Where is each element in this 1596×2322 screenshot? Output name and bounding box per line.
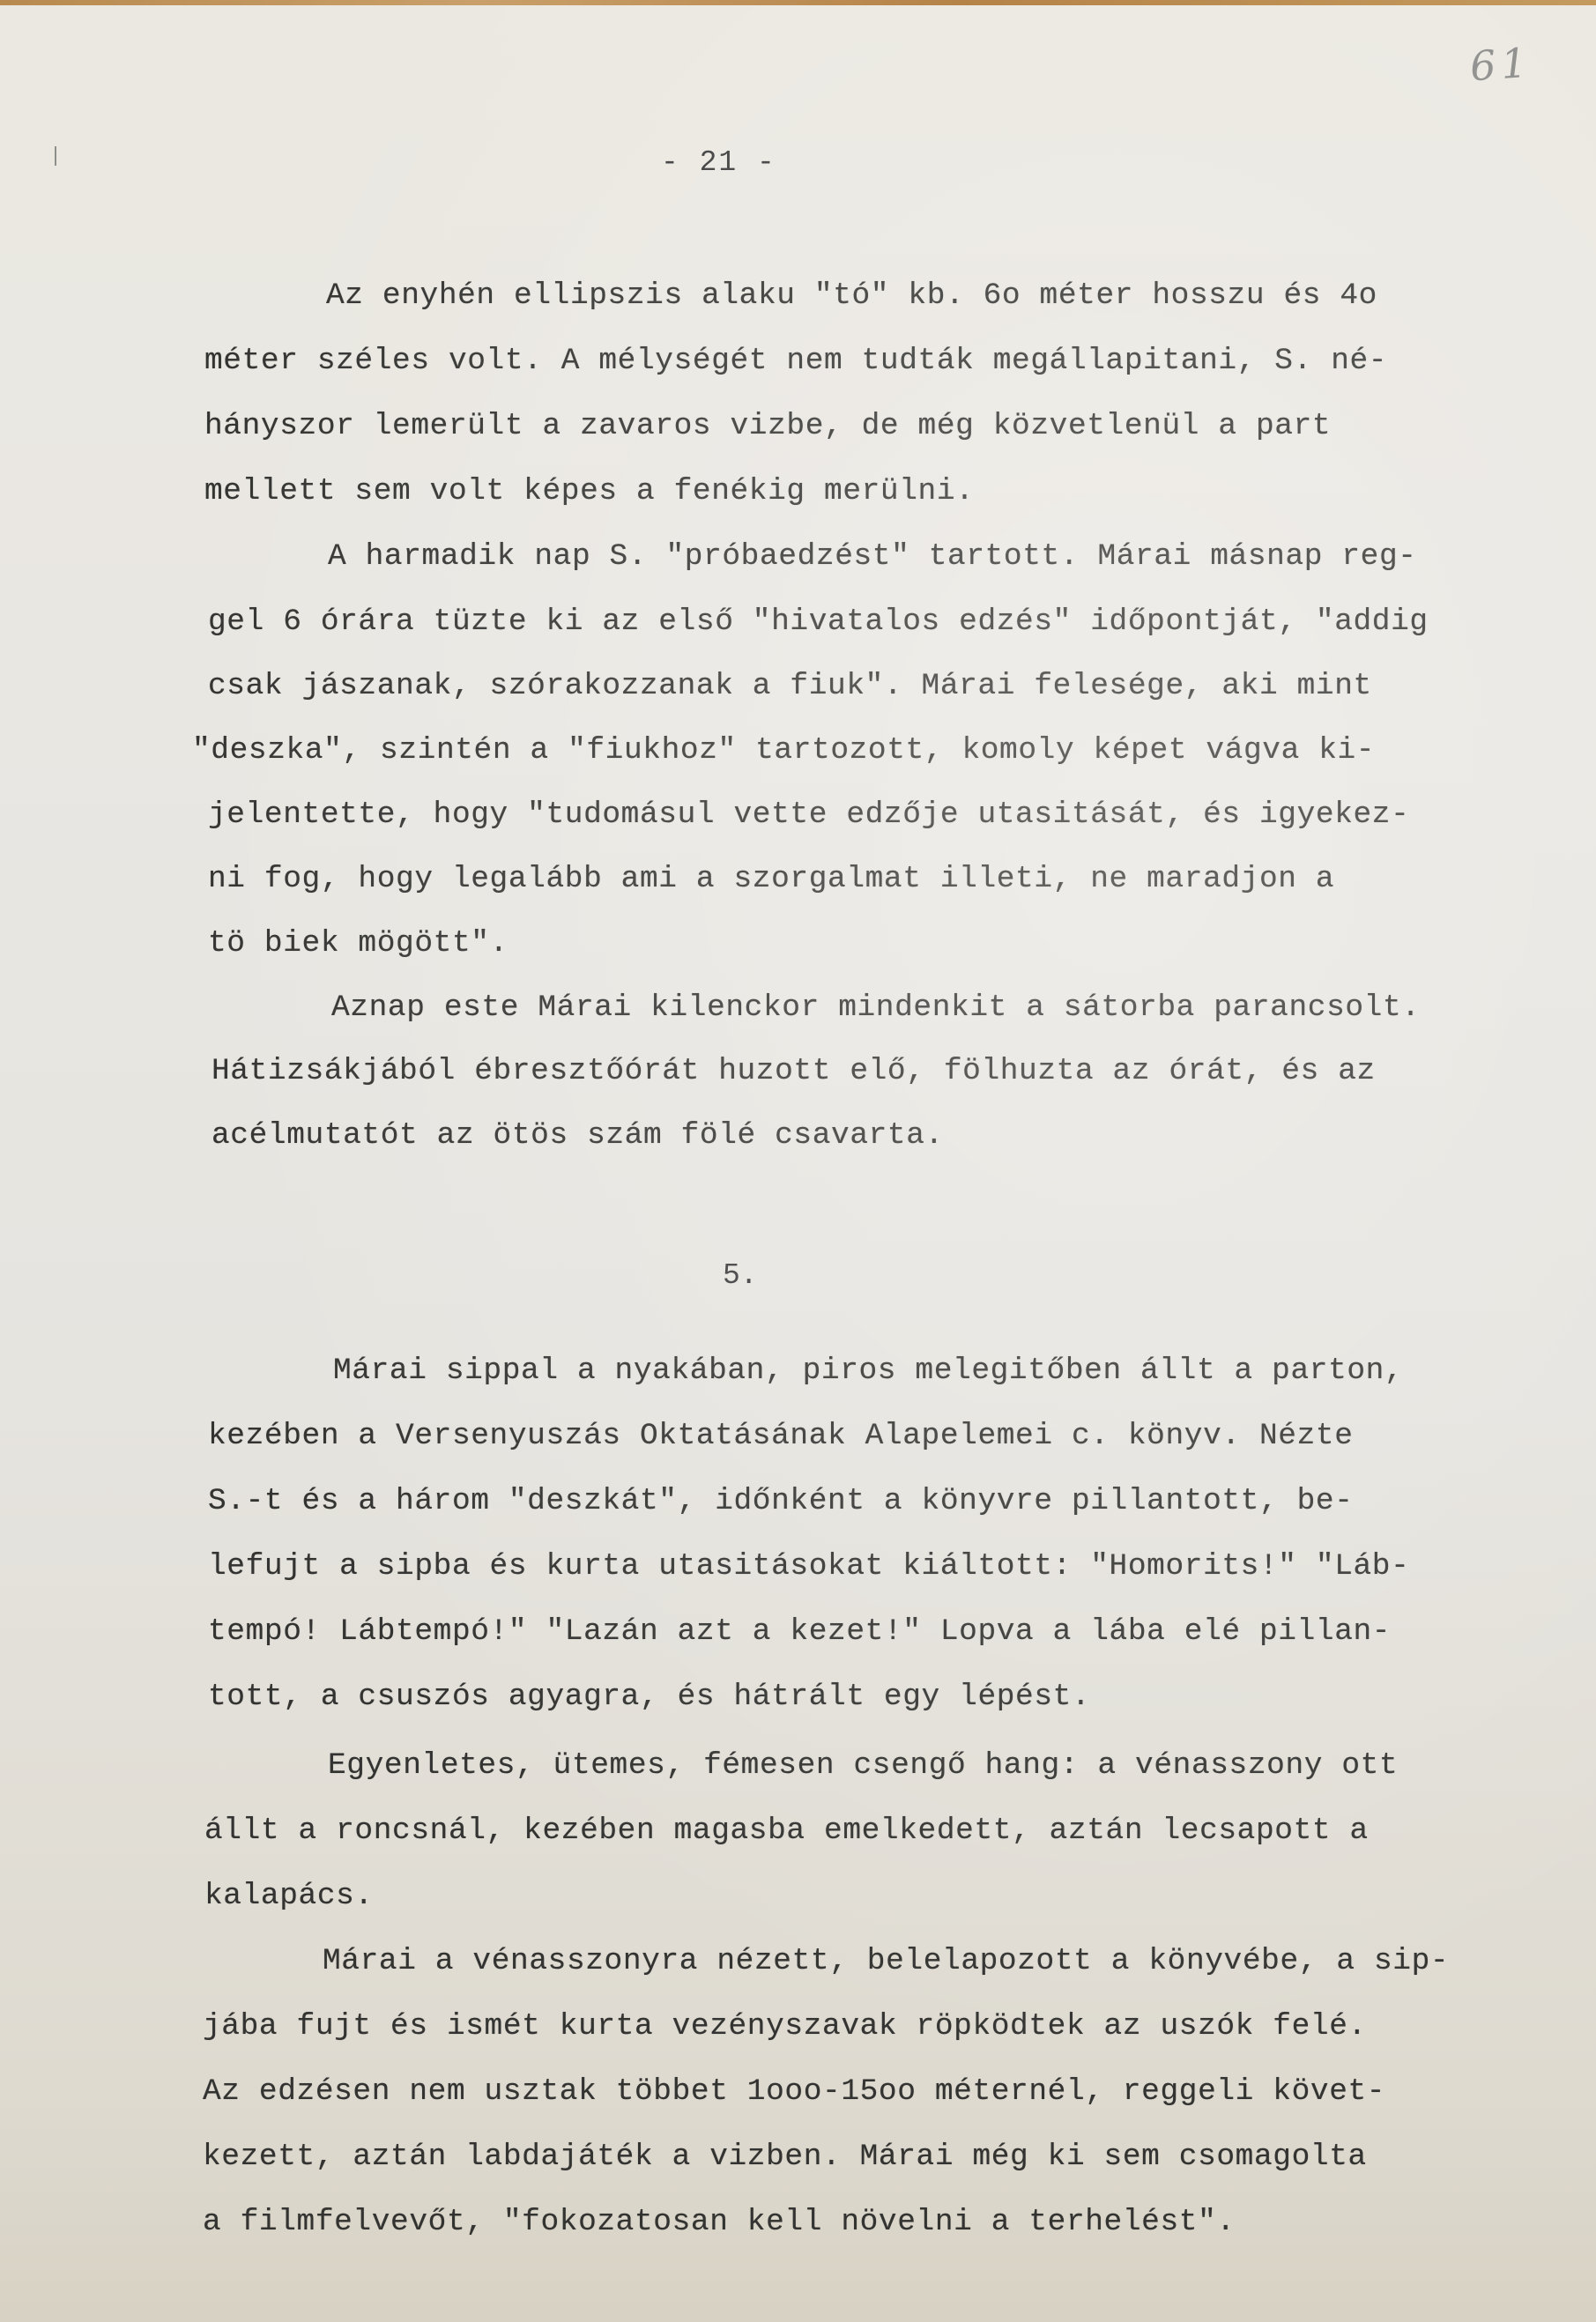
text-line: tö biek mögött".: [208, 926, 508, 961]
text-line: Az edzésen nem usztak többet 1ooo-15oo m…: [203, 2074, 1385, 2109]
text-line: lefujt a sipba és kurta utasitásokat kiá…: [208, 1549, 1409, 1584]
text-line: kezében a Versenyuszás Oktatásának Alape…: [208, 1419, 1354, 1453]
text-line: ni fog, hogy legalább ami a szorgalmat i…: [208, 862, 1334, 896]
margin-mark: [55, 146, 56, 166]
text-line: jába fujt és ismét kurta vezényszavak rö…: [203, 2009, 1367, 2044]
text-line: állt a roncsnál, kezében magasba emelked…: [204, 1814, 1369, 1848]
text-line: tempó! Lábtempó!" "Lazán azt a kezet!" L…: [208, 1614, 1391, 1649]
text-line: hányszor lemerült a zavaros vizbe, de mé…: [204, 409, 1331, 443]
folio-annotation: 61: [1468, 39, 1533, 91]
text-line: acélmutatót az ötös szám fölé csavarta.: [212, 1118, 944, 1153]
section-number: 5.: [723, 1259, 758, 1292]
text-line: Egyenletes, ütemes, fémesen csengő hang:…: [328, 1748, 1398, 1783]
text-line: jelentette, hogy "tudomásul vette edzője…: [208, 797, 1409, 832]
text-line: tott, a csuszós agyagra, és hátrált egy …: [208, 1680, 1090, 1714]
text-line: Aznap este Márai kilenckor mindenkit a s…: [331, 990, 1421, 1025]
text-line: Az enyhén ellipszis alaku "tó" kb. 6o mé…: [326, 278, 1377, 313]
text-line: csak jászanak, szórakozzanak a fiuk". Má…: [208, 669, 1372, 703]
typewritten-page: 61 - 21 - Az enyhén ellipszis alaku "tó"…: [0, 5, 1596, 2322]
text-line: S.-t és a három "deszkát", időnként a kö…: [208, 1484, 1354, 1518]
text-line: kezett, aztán labdajáték a vizben. Márai…: [203, 2140, 1367, 2174]
text-line: "deszka", szintén a "fiukhoz" tartozott,…: [192, 733, 1375, 768]
text-line: Márai sippal a nyakában, piros melegitőb…: [333, 1354, 1403, 1388]
text-line: A harmadik nap S. "próbaedzést" tartott.…: [328, 539, 1417, 574]
text-line: Hátizsákjából ébresztőórát huzott elő, f…: [212, 1054, 1376, 1088]
page-number: - 21 -: [661, 146, 776, 179]
text-line: mellett sem volt képes a fenékig merülni…: [204, 474, 974, 508]
text-line: kalapács.: [204, 1879, 374, 1913]
text-line: méter széles volt. A mélységét nem tudtá…: [204, 344, 1387, 378]
text-line: Márai a vénasszonyra nézett, belelapozot…: [323, 1944, 1449, 1978]
text-line: a filmfelvevőt, "fokozatosan kell növeln…: [203, 2205, 1236, 2239]
text-line: gel 6 órára tüzte ki az első "hivatalos …: [208, 605, 1429, 639]
